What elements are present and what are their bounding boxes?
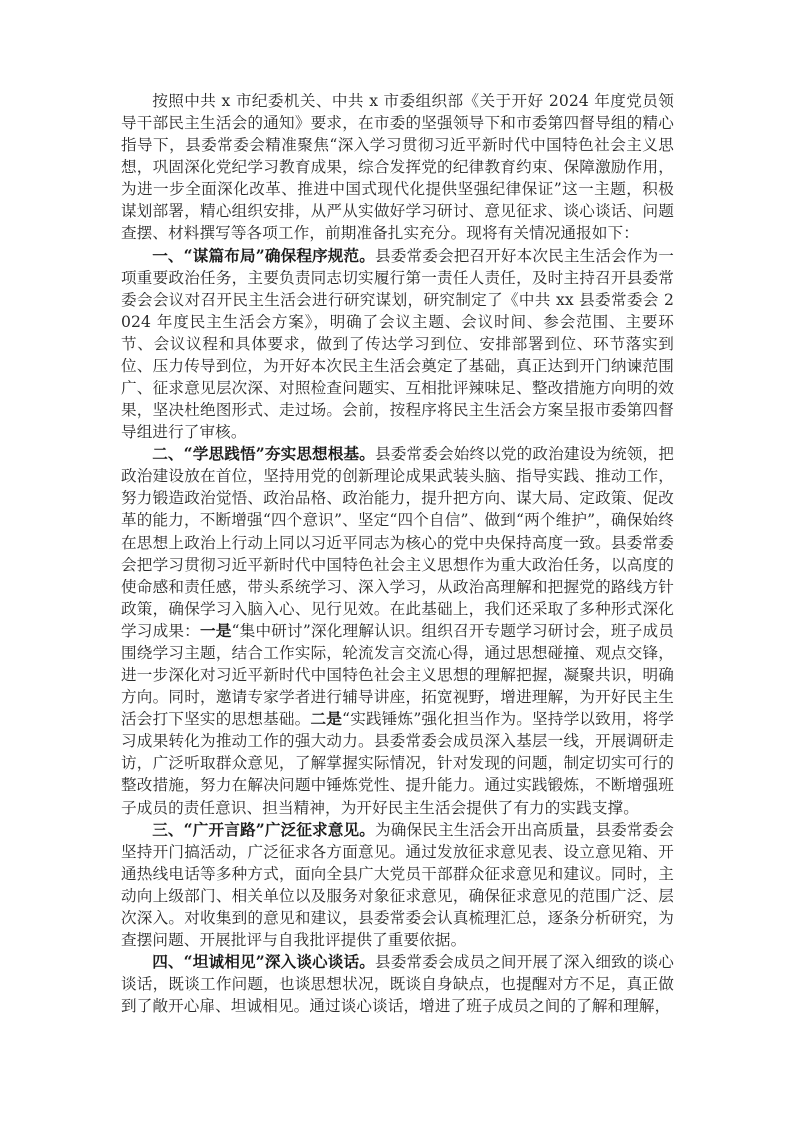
section-1-heading: 一、“谋篇布局”确保程序规范。 xyxy=(152,246,375,265)
section-3-paragraph: 三、“广开言路”广泛征求意见。为确保民主生活会开出高质量，县委常委会坚持开门搞活… xyxy=(121,819,674,951)
section-2-heading: 二、“学思践悟”夯实思想根基。 xyxy=(152,444,375,463)
intro-text: 按照中共 x 市纪委机关、中共 x 市委组织部《关于开好 2024 年度党员领导… xyxy=(121,92,674,242)
section-4-paragraph: 四、“坦诚相见”深入谈心谈话。县委常委会成员之间开展了深入细致的谈心谈话，既谈工… xyxy=(121,951,674,1017)
section-3-body: 为确保民主生活会开出高质量，县委常委会坚持开门搞活动，广泛征求各方面意见。通过发… xyxy=(121,821,674,949)
section-3-heading: 三、“广开言路”广泛征求意见。 xyxy=(152,820,375,839)
section-1-body: 县委常委会把召开好本次民主生活会作为一项重要政治任务，主要负责同志切实履行第一责… xyxy=(121,247,674,442)
section-4-heading: 四、“坦诚相见”深入谈心谈话。 xyxy=(152,952,375,971)
section-2-point-1-label: 一是 xyxy=(200,621,232,640)
section-1-paragraph: 一、“谋篇布局”确保程序规范。县委常委会把召开好本次民主生活会作为一项重要政治任… xyxy=(121,245,674,444)
section-2-body: 县委常委会始终以党的政治建设为统领，把政治建设放在首位，坚持用党的创新理论成果武… xyxy=(121,445,674,640)
document-page: 按照中共 x 市纪委机关、中共 x 市委组织部《关于开好 2024 年度党员领导… xyxy=(121,90,674,1017)
section-2-point-2-label: 二是 xyxy=(310,709,342,728)
intro-paragraph: 按照中共 x 市纪委机关、中共 x 市委组织部《关于开好 2024 年度党员领导… xyxy=(121,90,674,245)
section-2-paragraph: 二、“学思践悟”夯实思想根基。县委常委会始终以党的政治建设为统领，把政治建设放在… xyxy=(121,443,674,818)
